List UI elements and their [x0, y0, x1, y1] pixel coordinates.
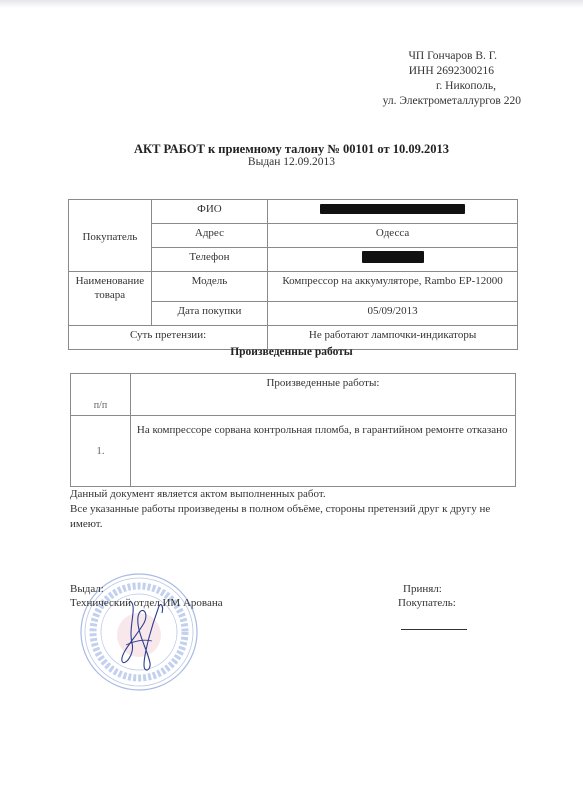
received-by: Покупатель:	[398, 596, 456, 610]
work-description: На компрессоре сорвана контрольная пломб…	[130, 416, 515, 487]
field-value-address: Одесса	[268, 224, 518, 248]
field-value-model: Компрессор на аккумуляторе, Rambo EP-120…	[268, 272, 518, 302]
table-header-row: п/п Произведенные работы:	[71, 374, 516, 416]
field-label-model: Модель	[151, 272, 267, 302]
work-number: 1.	[71, 416, 131, 487]
field-label-fio: ФИО	[151, 200, 267, 224]
company-city: г. Никополь,	[321, 79, 521, 94]
issue-date: Выдан 12.09.2013	[0, 156, 583, 168]
field-label-purchase-date: Дата покупки	[151, 302, 267, 326]
table-row: 1. На компрессоре сорвана контрольная пл…	[71, 416, 516, 487]
document-title: АКТ РАБОТ к приемному талону № 00101 от …	[0, 142, 583, 157]
receiver-block: Принял: Покупатель:	[398, 582, 456, 610]
redaction-bar	[320, 204, 465, 214]
signature-line	[401, 629, 467, 630]
redaction-bar	[362, 251, 424, 263]
received-label: Принял:	[398, 582, 456, 596]
issued-label: Выдал:	[70, 582, 223, 596]
table-row: Наименование товара Модель Компрессор на…	[69, 272, 518, 302]
company-header: ЧП Гончаров В. Г. ИНН 2692300216 г. Нико…	[321, 49, 521, 109]
works-section-title: Произведенные работы	[0, 346, 583, 358]
issued-by: Технический отдел ИМ Арована	[70, 596, 223, 610]
note-line-1: Данный документ является актом выполненн…	[70, 487, 520, 502]
scan-edge-shade	[0, 0, 583, 8]
works-table: п/п Произведенные работы: 1. На компресс…	[70, 373, 516, 487]
field-value-fio	[268, 200, 518, 224]
field-label-address: Адрес	[151, 224, 267, 248]
company-tax-id: ИНН 2692300216	[321, 64, 521, 79]
table-row: Покупатель ФИО	[69, 200, 518, 224]
issuer-block: Выдал: Технический отдел ИМ Арована	[70, 582, 223, 610]
field-value-purchase-date: 05/09/2013	[268, 302, 518, 326]
closing-note: Данный документ является актом выполненн…	[70, 487, 520, 532]
col-header-number: п/п	[71, 374, 131, 416]
company-street: ул. Электрометаллургов 220	[321, 94, 521, 109]
field-label-phone: Телефон	[151, 248, 267, 272]
goods-label: Наименование товара	[69, 272, 152, 326]
buyer-label: Покупатель	[69, 200, 152, 272]
company-name: ЧП Гончаров В. Г.	[321, 49, 521, 64]
field-value-phone	[268, 248, 518, 272]
customer-table: Покупатель ФИО Адрес Одесса Телефон Наим…	[68, 199, 518, 350]
col-header-description: Произведенные работы:	[130, 374, 515, 416]
note-line-2: Все указанные работы произведены в полно…	[70, 502, 520, 532]
